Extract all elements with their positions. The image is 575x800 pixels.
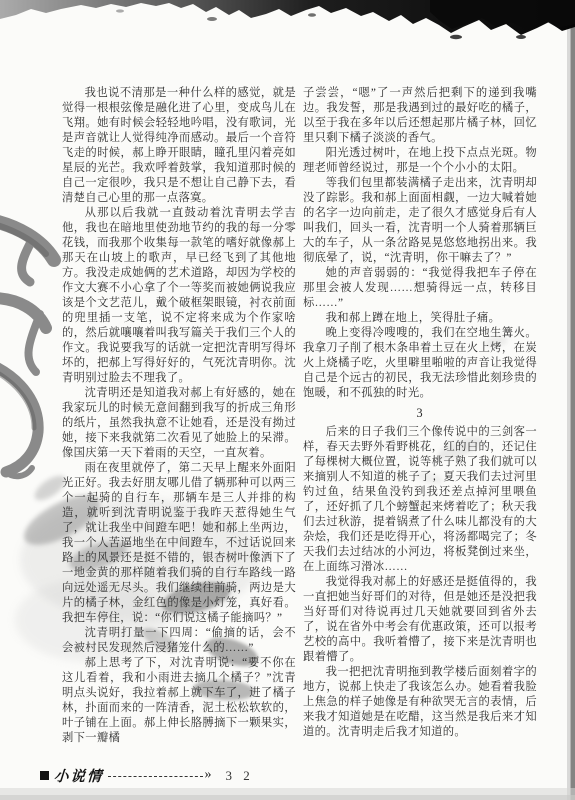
paragraph: 子尝尝，“嗯”了一声然后把剩下的递到我嘴边。我发誓，那是我遇到过的最好吃的橘子，… xyxy=(303,86,537,146)
square-bullet-icon xyxy=(40,771,49,780)
page-footer: 小说情 » 3 2 xyxy=(40,765,254,786)
section-heading: 3 xyxy=(303,403,537,423)
footer-leader-line xyxy=(108,776,203,777)
double-chevron-icon: » xyxy=(205,770,212,780)
article-body: 我也说不清那是一种什么样的感觉，就是觉得一根根弦像是融化进了心里，变成鸟儿在飞翔… xyxy=(62,86,538,746)
paragraph: 沈青明打量一下四周：“偷摘的话，会不会被村民发现然后浸猪笼什么的……” xyxy=(62,626,296,656)
paragraph: 雨在夜里就停了，第二天早上醒来外面阳光正好。我去好朋友哪儿借了辆那种可以两三个一… xyxy=(62,461,296,626)
paragraph: 等我们包里都装满橘子走出来，沈青明却没了踪影。我和郝上面面相觑，一边大喊着她的名… xyxy=(303,176,537,266)
right-column: 子尝尝，“嗯”了一声然后把剩下的递到我嘴边。我发誓，那是我遇到过的最好吃的橘子，… xyxy=(303,86,537,746)
footer-section-label: 小说情 xyxy=(53,765,104,786)
paragraph: 她的声音弱弱的：“我觉得我把车子停在那里会被人发现……想骑得远一点，转移目标……… xyxy=(303,266,537,311)
paragraph: 我一把把沈青明拖到教学楼后面刻着字的地方，说郝上快走了我该怎么办。她看着我脸上焦… xyxy=(303,665,537,740)
paragraph: 阳光透过树叶，在地上投下点点光斑。物理老师曾经说过，那是一个个小小的太阳。 xyxy=(303,146,537,176)
paragraph: 后来的日子我们三个像传说中的三剑客一样，春天去野外看野桃花，红的白的，还记住了每… xyxy=(303,425,537,575)
paragraph: 郝上思考了下，对沈青明说：“要不你在这儿看着，我和小雨进去摘几个橘子？”沈青明点… xyxy=(62,656,296,746)
calligraphy-strokes xyxy=(0,220,54,476)
paragraph: 晚上变得冷嗖嗖的，我们在空地生篝火。我拿刀子削了根木条串着土豆在火上烤，在炭火上… xyxy=(303,326,537,401)
paragraph: 我和郝上蹲在地上，笑得肚子痛。 xyxy=(303,311,537,326)
paragraph: 从那以后我就一直鼓动着沈青明去学吉他，我也在暗地里使劲地节约的我的每一分零花钱，… xyxy=(62,206,296,386)
paragraph: 我也说不清那是一种什么样的感觉，就是觉得一根根弦像是融化进了心里，变成鸟儿在飞翔… xyxy=(62,86,296,206)
paragraph: 沈青明还是知道我对郝上有好感的，她在我家玩儿的时候无意间翻到我写的折成三角形的纸… xyxy=(62,386,296,461)
page-number: 3 2 xyxy=(226,768,254,784)
paragraph: 我觉得我对郝上的好感还是挺值得的，我一直把她当好哥们的对待，但是她还是没把我当好… xyxy=(303,575,537,665)
magazine-page: 我也说不清那是一种什么样的感觉，就是觉得一根根弦像是融化进了心里，变成鸟儿在飞翔… xyxy=(0,0,575,800)
left-column: 我也说不清那是一种什么样的感觉，就是觉得一根根弦像是融化进了心里，变成鸟儿在飞翔… xyxy=(62,86,296,746)
